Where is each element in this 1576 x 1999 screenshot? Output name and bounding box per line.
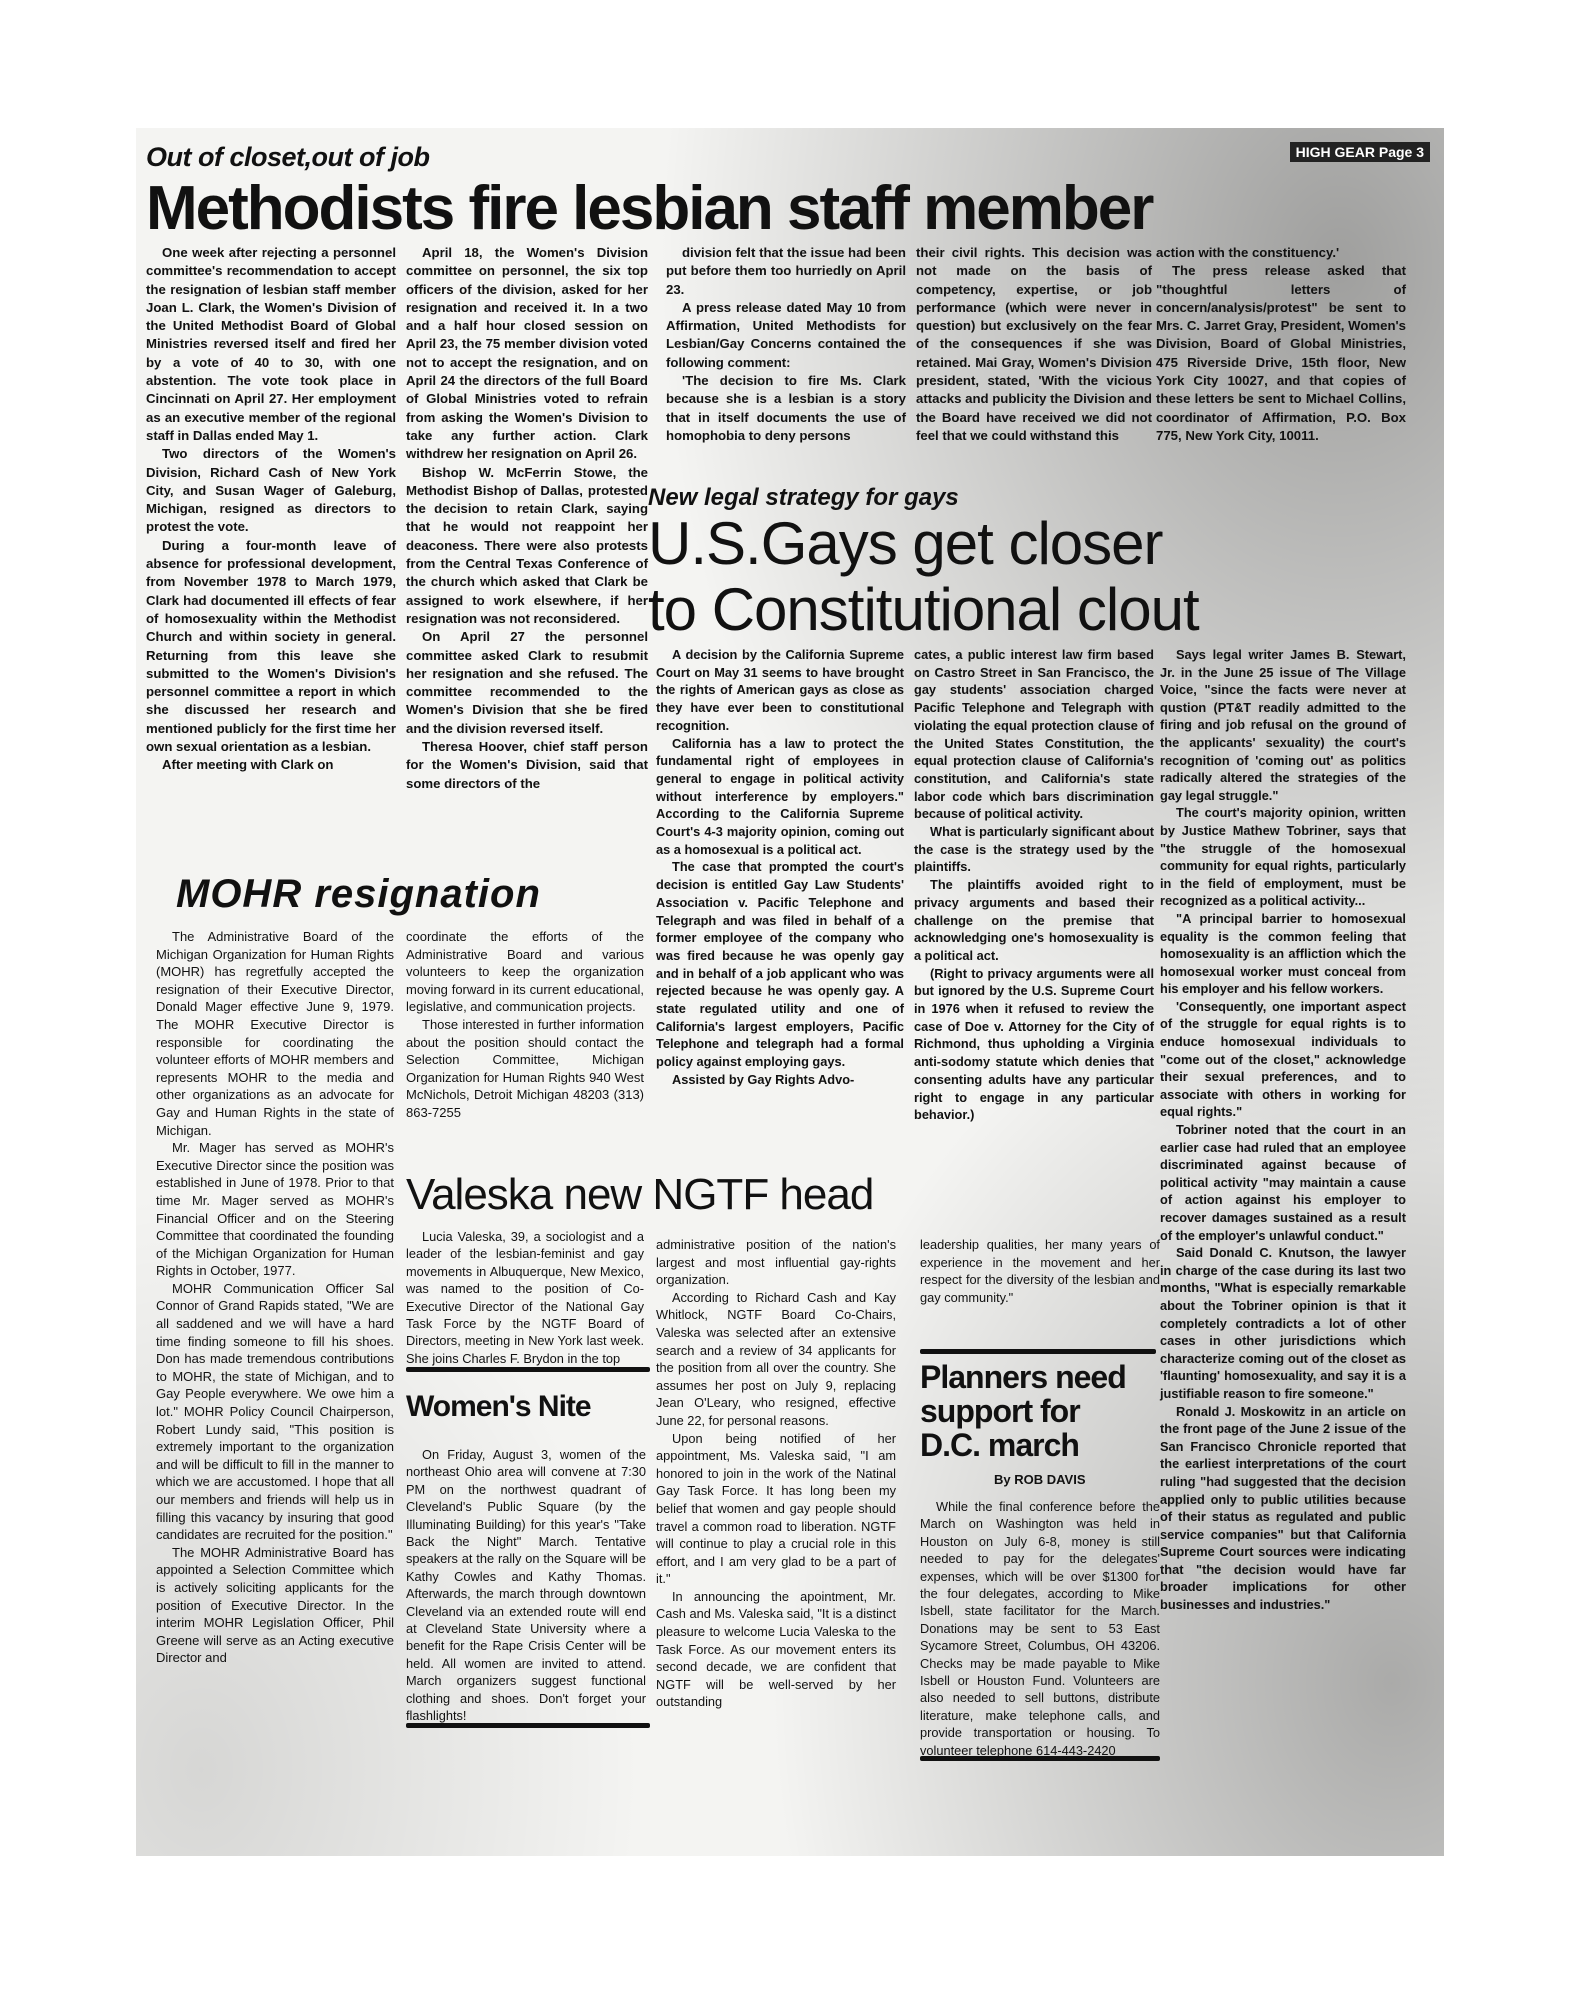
headline-womens-nite: Women's Nite <box>406 1390 591 1424</box>
gays-col-3: Says legal writer James B. Stewart, Jr. … <box>1160 646 1406 1614</box>
divider-rule <box>920 1349 1156 1354</box>
paragraph: Mr. Mager has served as MOHR's Executive… <box>156 1139 394 1280</box>
methodists-col-1: One week after rejecting a personnel com… <box>146 244 396 775</box>
headline-mohr-resignation: MOHR resignation <box>176 872 541 917</box>
paragraph: The Administrative Board of the Michigan… <box>156 928 394 1139</box>
mohr-col-1: The Administrative Board of the Michigan… <box>156 928 394 1667</box>
divider-rule <box>920 1756 1160 1761</box>
paragraph: What is particularly significant about t… <box>914 823 1154 876</box>
paragraph: According to Richard Cash and Kay Whitlo… <box>656 1289 896 1430</box>
newspaper-page: Out of closet,out of job HIGH GEAR Page … <box>136 128 1444 1856</box>
headline-line: support for <box>920 1394 1126 1428</box>
paragraph: On April 27 the personnel committee aske… <box>406 628 648 738</box>
headline-valeska: Valeska new NGTF head <box>406 1170 873 1220</box>
paragraph: (Right to privacy arguments were all but… <box>914 965 1154 1124</box>
headline-gays-line1: U.S.Gays get closer <box>648 512 1163 576</box>
gays-col-2: cates, a public interest law firm based … <box>914 646 1154 1124</box>
paragraph: "A principal barrier to homosexual equal… <box>1160 910 1406 998</box>
divider-rule <box>406 1367 650 1372</box>
paragraph: Lucia Valeska, 39, a sociologist and a l… <box>406 1228 644 1367</box>
paragraph: coordinate the efforts of the Administra… <box>406 928 644 1016</box>
paragraph: The press release asked that "thoughtful… <box>1156 262 1406 445</box>
paragraph: On Friday, August 3, women of the northe… <box>406 1446 646 1725</box>
paragraph: division felt that the issue had been pu… <box>666 244 906 299</box>
paragraph: cates, a public interest law firm based … <box>914 646 1154 823</box>
paragraph: A decision by the California Supreme Cou… <box>656 646 904 735</box>
paragraph: The MOHR Administrative Board has appoin… <box>156 1544 394 1667</box>
paragraph: The court's majority opinion, written by… <box>1160 804 1406 910</box>
paragraph: In announcing the apointment, Mr. Cash a… <box>656 1588 896 1711</box>
headline-line: Planners need <box>920 1360 1126 1394</box>
divider-rule <box>406 1723 650 1728</box>
paragraph: A press release dated May 10 from Affirm… <box>666 299 906 372</box>
paragraph: Theresa Hoover, chief staff person for t… <box>406 738 648 793</box>
paragraph: Said Donald C. Knutson, the lawyer in ch… <box>1160 1244 1406 1402</box>
planners-body: While the final conference before the Ma… <box>920 1498 1160 1759</box>
paragraph: administrative position of the nation's … <box>656 1236 896 1289</box>
paragraph: One week after rejecting a personnel com… <box>146 244 396 445</box>
headline-line: D.C. march <box>920 1428 1126 1462</box>
gays-col-1: A decision by the California Supreme Cou… <box>656 646 904 1089</box>
headline-planners: Planners need support for D.C. march <box>920 1360 1126 1462</box>
paragraph: Upon being notified of her appointment, … <box>656 1430 896 1588</box>
valeska-col-3: leadership qualities, her many years of … <box>920 1236 1160 1306</box>
paragraph: 'The decision to fire Ms. Clark because … <box>666 372 906 445</box>
methodists-col-3: division felt that the issue had been pu… <box>666 244 906 445</box>
paragraph: Tobriner noted that the court in an earl… <box>1160 1121 1406 1244</box>
paragraph: April 18, the Women's Division committee… <box>406 244 648 464</box>
methodists-col-4: their civil rights. This decision was no… <box>916 244 1152 445</box>
byline: By ROB DAVIS <box>994 1472 1086 1487</box>
valeska-col-2: administrative position of the nation's … <box>656 1236 896 1711</box>
paragraph: While the final conference before the Ma… <box>920 1498 1160 1759</box>
paragraph: 'Consequently, one important aspect of t… <box>1160 998 1406 1121</box>
paragraph: The case that prompted the court's decis… <box>656 858 904 1070</box>
paragraph: After meeting with Clark on <box>146 756 396 774</box>
paragraph: Those interested in further information … <box>406 1016 644 1122</box>
headline-gays-line2: to Constitutional clout <box>648 578 1199 642</box>
kicker-new-legal-strategy: New legal strategy for gays <box>648 484 959 512</box>
paragraph: action with the constituency.' <box>1156 244 1406 262</box>
paragraph: California has a law to protect the fund… <box>656 735 904 859</box>
paragraph: Ronald J. Moskowitz in an article on the… <box>1160 1403 1406 1614</box>
page-folio: HIGH GEAR Page 3 <box>1290 142 1430 162</box>
paragraph: Two directors of the Women's Division, R… <box>146 445 396 536</box>
paragraph: leadership qualities, her many years of … <box>920 1236 1160 1306</box>
methodists-col-2: April 18, the Women's Division committee… <box>406 244 648 793</box>
paragraph: Bishop W. McFerrin Stowe, the Methodist … <box>406 464 648 629</box>
paragraph: During a four-month leave of absence for… <box>146 537 396 757</box>
paragraph: Says legal writer James B. Stewart, Jr. … <box>1160 646 1406 804</box>
paragraph: MOHR Communication Officer Sal Connor of… <box>156 1280 394 1544</box>
methodists-col-5: action with the constituency.' The press… <box>1156 244 1406 445</box>
womens-nite-body: On Friday, August 3, women of the northe… <box>406 1446 646 1725</box>
mohr-col-2: coordinate the efforts of the Administra… <box>406 928 644 1122</box>
kicker-out-of-closet: Out of closet,out of job <box>146 142 429 173</box>
headline-methodists: Methodists fire lesbian staff member <box>146 178 1152 240</box>
valeska-col-1: Lucia Valeska, 39, a sociologist and a l… <box>406 1228 644 1367</box>
paragraph: their civil rights. This decision was no… <box>916 244 1152 445</box>
paragraph: The plaintiffs avoided right to privacy … <box>914 876 1154 965</box>
paragraph: Assisted by Gay Rights Advo- <box>656 1071 904 1089</box>
